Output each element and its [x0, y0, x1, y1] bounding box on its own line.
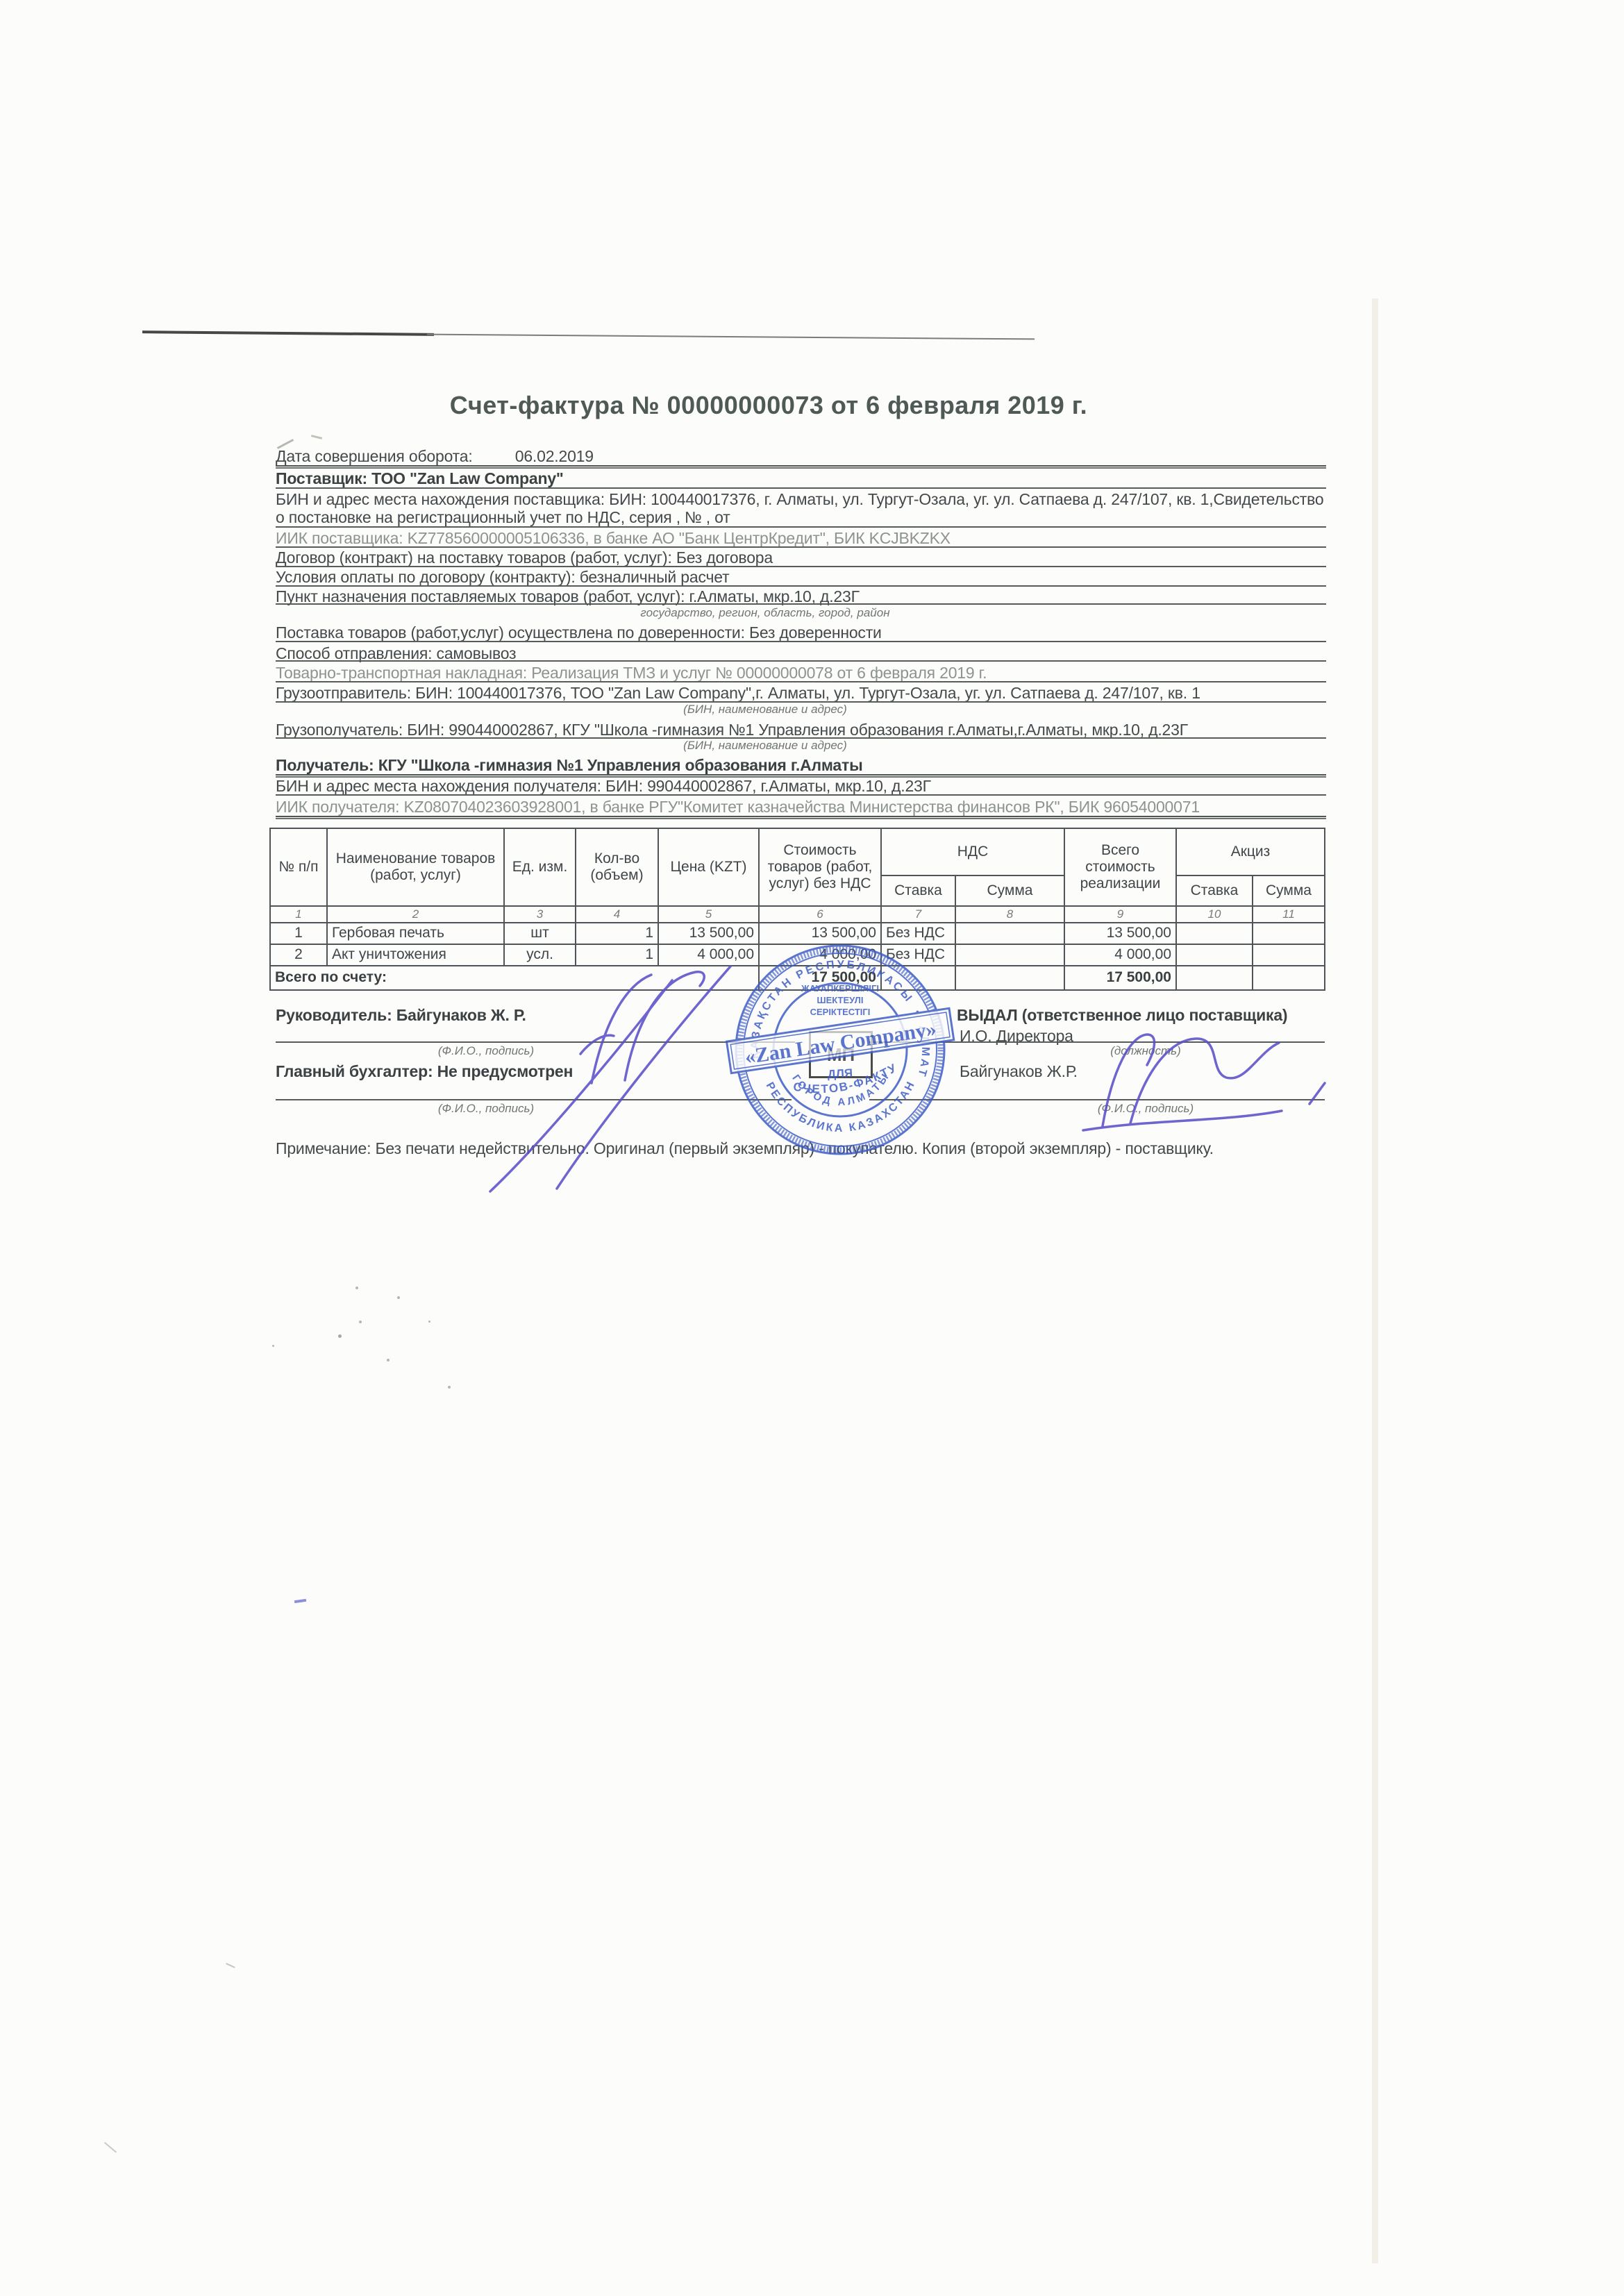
turnover-date-value: 06.02.2019	[515, 447, 594, 465]
col-header-qty: Кол-во (объем)	[576, 828, 658, 906]
waybill-line: Товарно-транспортная накладная: Реализац…	[276, 664, 987, 682]
col-header-vat-sum: Сумма	[955, 875, 1064, 906]
divider	[276, 603, 1326, 605]
scan-speck	[448, 1386, 451, 1389]
consignee-line: Грузополучатель: БИН: 990440002867, КГУ …	[276, 721, 1188, 739]
scan-speck	[359, 1321, 362, 1323]
col-num: 11	[1253, 906, 1325, 923]
item-unit: усл.	[504, 944, 576, 966]
column-numbers-row: 1 2 3 4 5 6 7 8 9 10 11	[270, 906, 1325, 923]
supplier-iik-line: ИИК поставщика: KZ778560000005106336, в …	[276, 530, 951, 548]
col-num: 5	[658, 906, 759, 923]
col-num: 10	[1176, 906, 1253, 923]
accountant-label: Главный бухгалтер: Не предусмотрен	[276, 1063, 573, 1081]
divider	[276, 526, 1326, 528]
col-header-excise-rate: Ставка	[1176, 875, 1253, 906]
col-header-name: Наименование товаров (работ, услуг)	[327, 828, 504, 906]
scan-mark	[226, 1963, 235, 1968]
position-note: (должность)	[972, 1045, 1319, 1057]
col-num: 7	[881, 906, 955, 923]
item-name: Акт уничтожения	[327, 944, 504, 966]
recipient-iik-line: ИИК получателя: KZ080704023603928001, в …	[276, 798, 1200, 816]
col-header-excise: Акциз	[1176, 828, 1325, 875]
col-header-num: № п/п	[270, 828, 327, 906]
delivery-proxy-line: Поставка товаров (работ,услуг) осуществл…	[276, 624, 882, 642]
signature-rule	[276, 1099, 792, 1100]
signature-stroke	[592, 975, 651, 1083]
page-edge-shadow	[1372, 299, 1378, 2263]
stamp-purpose-line-1: ДЛЯ	[827, 1066, 853, 1081]
item-excise-sum	[1253, 944, 1325, 966]
fio-signature-note: (Ф.И.О., подпись)	[972, 1103, 1319, 1114]
item-num: 1	[270, 923, 327, 944]
turnover-date-label: Дата совершения оборота:	[276, 447, 473, 465]
bin-name-note: (БИН, наименование и адрес)	[276, 739, 1255, 751]
issued-name: Байгунаков Ж.Р.	[960, 1063, 1078, 1081]
item-vat-sum	[955, 944, 1064, 966]
bin-name-note: (БИН, наименование и адрес)	[276, 703, 1255, 715]
item-vat-sum	[955, 923, 1064, 944]
company-round-stamp: ҚАЗАҚСТАН РЕСПУБЛИКАСЫ ・ АЛМАТЫ ҚАЛАСЫ Р…	[722, 930, 958, 1170]
col-num: 2	[327, 906, 504, 923]
item-total: 4 000,00	[1064, 944, 1176, 966]
stamp-inner-line-1: ЖАУАПКЕРШІЛІГІ	[801, 983, 879, 994]
item-qty: 1	[576, 944, 658, 966]
col-header-excise-sum: Сумма	[1253, 875, 1325, 906]
recipient-bin-line: БИН и адрес места нахождения получателя:…	[276, 778, 931, 796]
col-num: 1	[270, 906, 327, 923]
col-header-vat-rate: Ставка	[881, 875, 955, 906]
divider	[276, 487, 1326, 489]
total-excise-rate	[1176, 966, 1253, 990]
col-num: 9	[1064, 906, 1176, 923]
col-header-vat: НДС	[881, 828, 1064, 875]
scan-speck	[355, 1287, 358, 1289]
issued-label: ВЫДАЛ (ответственное лицо поставщика)	[957, 1007, 1287, 1025]
col-header-cost: Стоимость товаров (работ, услуг) без НДС	[759, 828, 881, 906]
signature-stroke	[1309, 1083, 1325, 1104]
item-qty: 1	[576, 923, 658, 944]
divider	[276, 681, 1326, 682]
stamp-inner-line-2: ШЕКТЕУЛІ	[817, 995, 864, 1005]
item-excise-rate	[1176, 944, 1253, 966]
item-total: 13 500,00	[1064, 923, 1176, 944]
divider	[276, 465, 1326, 469]
turnover-date-line: Дата совершения оборота: 06.02.2019	[276, 448, 594, 466]
total-realization: 17 500,00	[1064, 966, 1176, 990]
payment-terms-line: Условия оплаты по договору (контракту): …	[276, 569, 729, 587]
item-unit: шт	[504, 923, 576, 944]
total-label: Всего по счету:	[270, 966, 759, 990]
signature-rule	[276, 1041, 795, 1043]
col-num: 3	[504, 906, 576, 923]
head-signature-label: Руководитель: Байгунаков Ж. Р.	[276, 1007, 526, 1025]
item-num: 2	[270, 944, 327, 966]
total-excise-sum	[1253, 966, 1325, 990]
col-header-total: Всего стоимость реализации	[1064, 828, 1176, 906]
scanned-invoice-page: { "title": "Счет-фактура № 00000000073 о…	[0, 0, 1624, 2296]
stamp-inner-line-3: СЕРІКТЕСТІГІ	[810, 1007, 871, 1017]
total-vat-sum	[955, 966, 1064, 990]
scan-speck	[428, 1321, 430, 1323]
scan-speck	[387, 1359, 390, 1361]
divider	[276, 641, 1326, 642]
pencil-mark	[311, 435, 322, 439]
divider	[276, 566, 1326, 567]
item-name: Гербовая печать	[327, 923, 504, 944]
col-num: 6	[759, 906, 881, 923]
col-num: 4	[576, 906, 658, 923]
scan-speck	[338, 1334, 342, 1338]
supplier-bin-line-2: о постановке на регистрационный учет по …	[276, 509, 730, 527]
destination-note: государство, регион, область, город, рай…	[276, 607, 1255, 619]
consignor-line: Грузоотправитель: БИН: 100440017376, ТОО…	[276, 685, 1200, 703]
invoice-title: Счет-фактура № 00000000073 от 6 февраля …	[276, 391, 1262, 420]
divider	[276, 660, 1326, 662]
fio-signature-note: (Ф.И.О., подпись)	[347, 1103, 625, 1114]
recipient-line: Получатель: КГУ "Школа -гимназия №1 Упра…	[276, 757, 863, 775]
scan-edge-line-light	[427, 334, 1035, 340]
divider	[276, 794, 1326, 796]
col-num: 8	[955, 906, 1064, 923]
divider	[276, 585, 1326, 587]
item-excise-sum	[1253, 923, 1325, 944]
supplier-bin-line-1: БИН и адрес места нахождения поставщика:…	[276, 491, 1323, 509]
divider	[276, 546, 1326, 548]
col-header-price: Цена (KZT)	[658, 828, 759, 906]
fio-signature-note: (Ф.И.О., подпись)	[347, 1045, 625, 1057]
col-header-unit: Ед. изм.	[504, 828, 576, 906]
supplier-line: Поставщик: ТОО "Zan Law Company"	[276, 470, 564, 488]
item-excise-rate	[1176, 923, 1253, 944]
scan-edge-line-dark	[142, 330, 434, 336]
scan-speck	[272, 1345, 274, 1347]
scan-mark	[104, 2142, 117, 2153]
divider	[276, 816, 1326, 819]
contract-line: Договор (контракт) на поставку товаров (…	[276, 549, 773, 567]
scan-speck	[397, 1296, 400, 1299]
ink-speck	[294, 1599, 306, 1603]
